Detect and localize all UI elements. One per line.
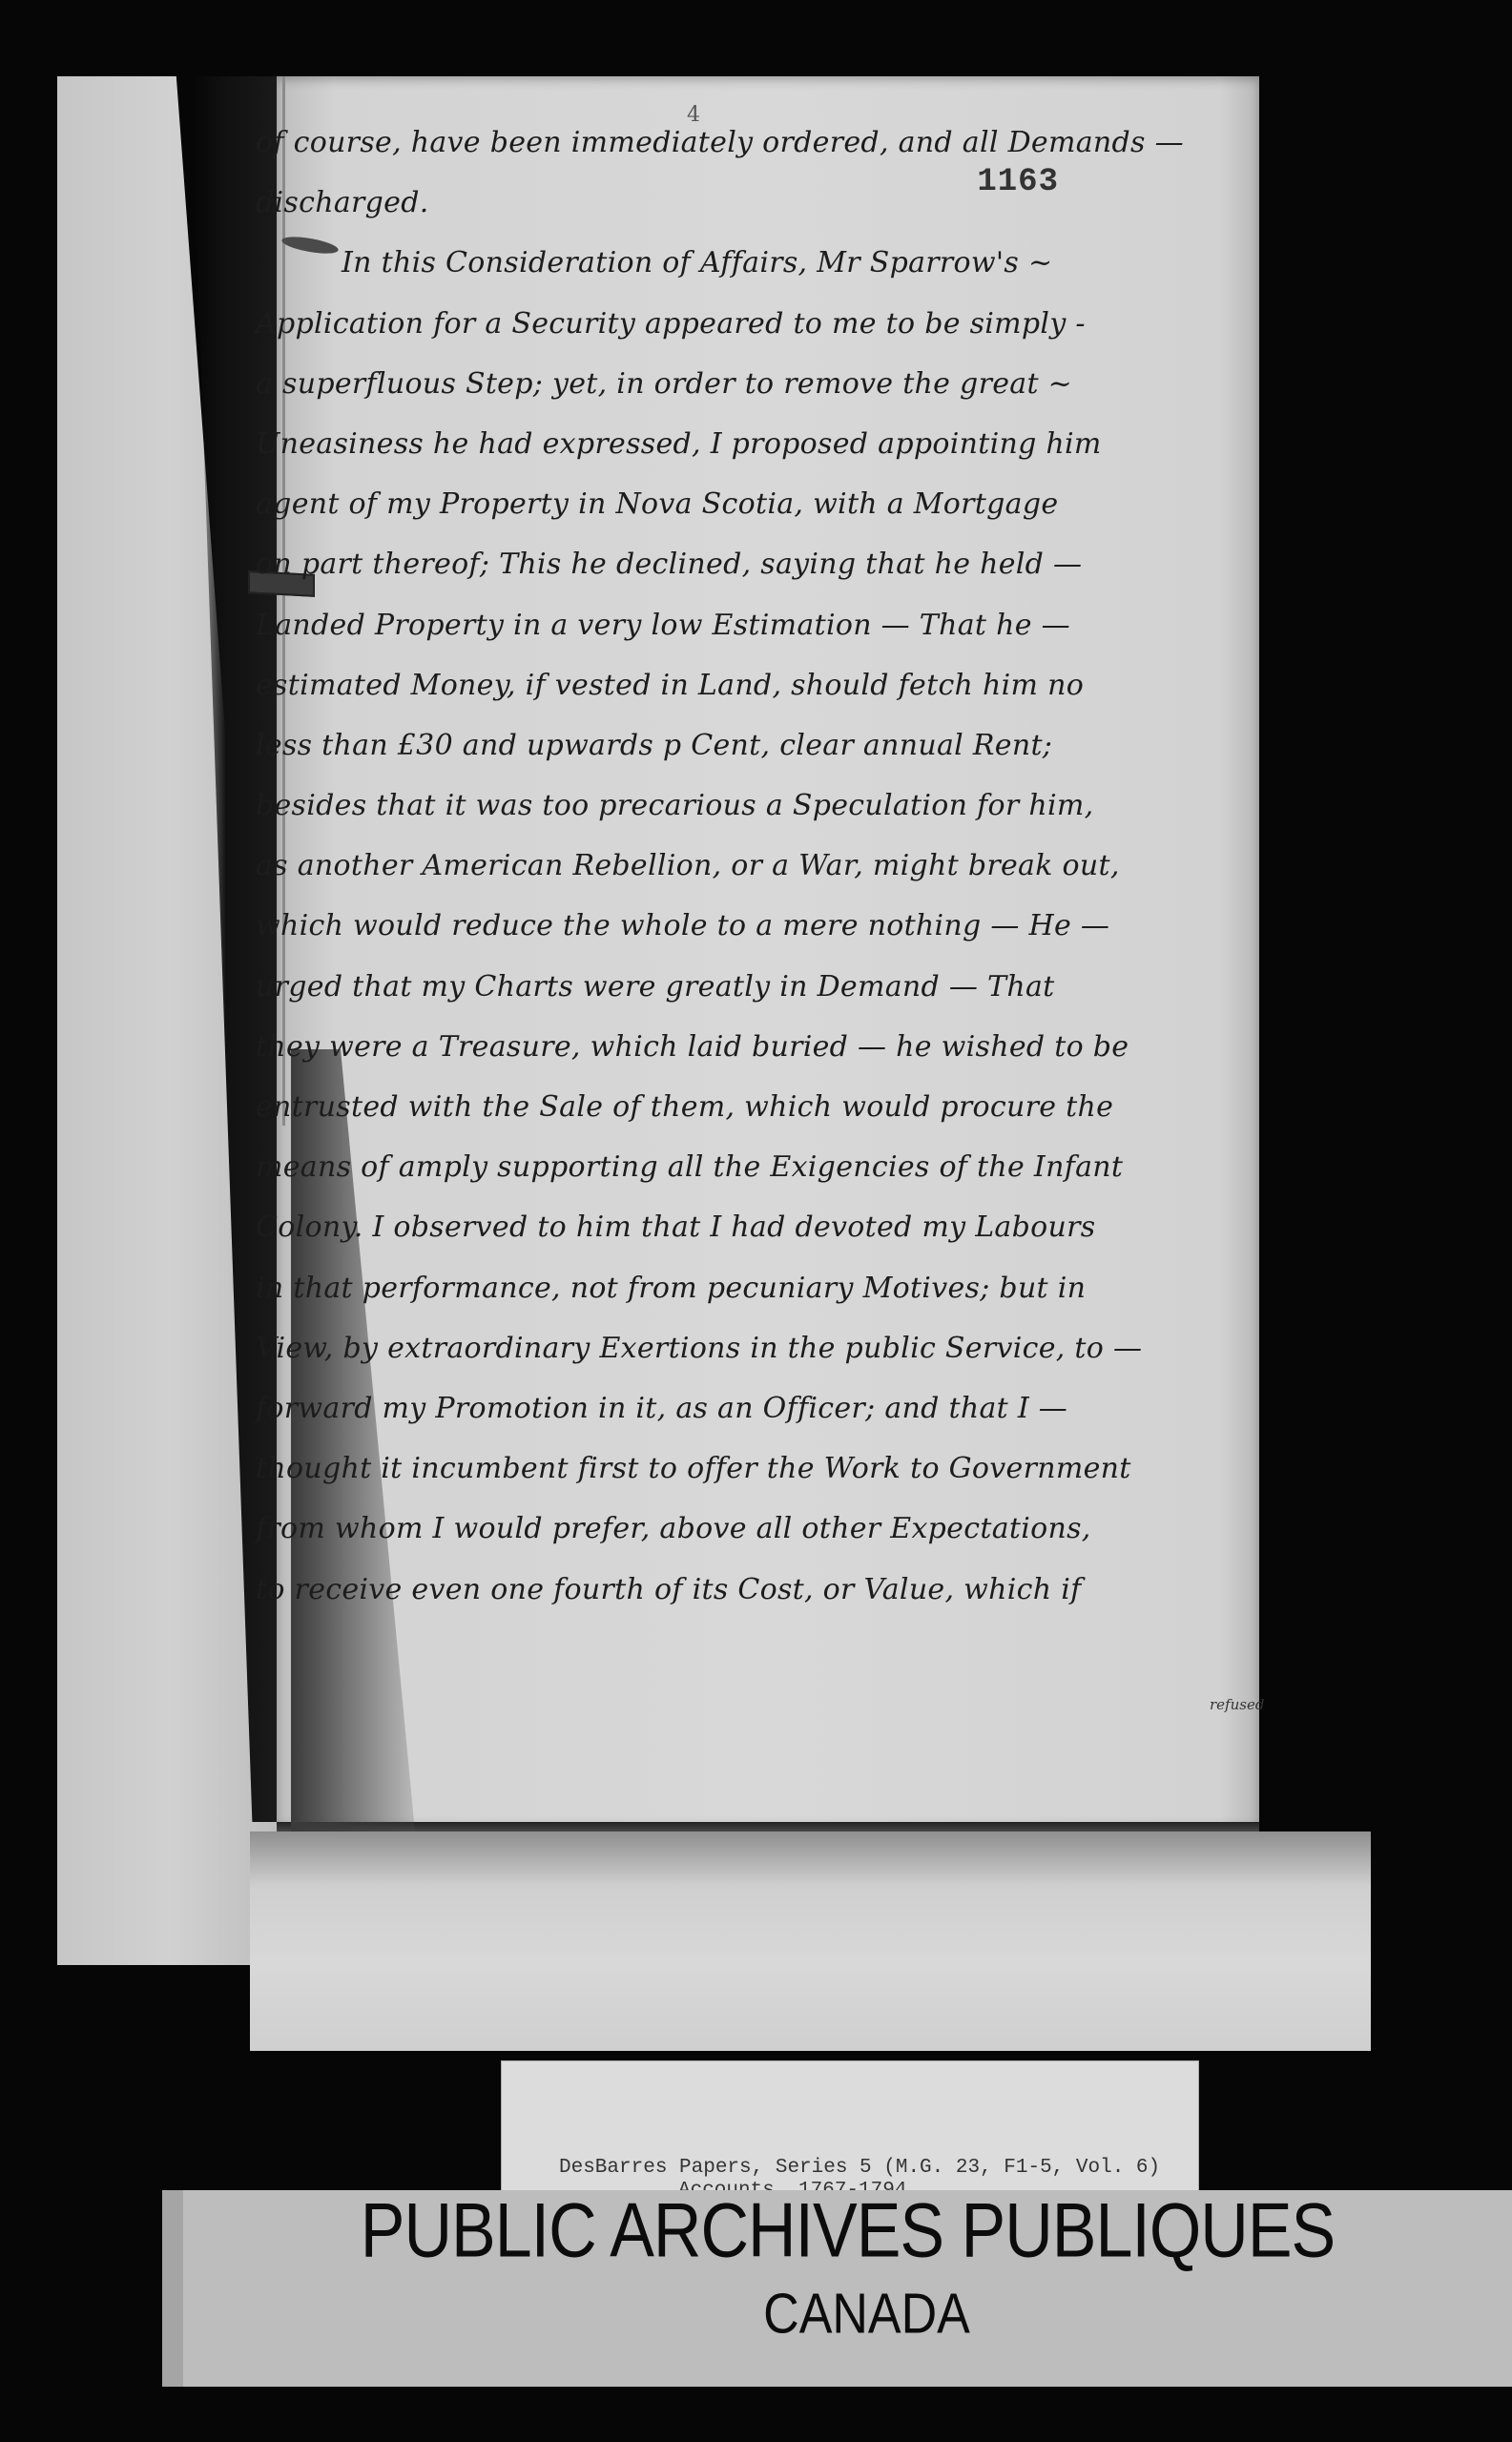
manuscript-line: they were a Treasure, which laid buried … bbox=[256, 1017, 1286, 1077]
collection-reference: DesBarres Papers, Series 5 (M.G. 23, F1-… bbox=[559, 2157, 1160, 2179]
manuscript-line: thought it incumbent first to offer the … bbox=[256, 1438, 1286, 1499]
manuscript-line: urged that my Charts were greatly in Dem… bbox=[256, 957, 1286, 1017]
manuscript-line: in that performance, not from pecuniary … bbox=[256, 1258, 1286, 1318]
archive-banner: PUBLIC ARCHIVES PUBLIQUES CANADA bbox=[162, 2190, 1512, 2387]
manuscript-line: as another American Rebellion, or a War,… bbox=[256, 836, 1286, 896]
manuscript-line: entrusted with the Sale of them, which w… bbox=[256, 1077, 1286, 1137]
manuscript-line: which would reduce the whole to a mere n… bbox=[256, 896, 1286, 956]
archive-reference-card: DesBarres Papers, Series 5 (M.G. 23, F1-… bbox=[501, 2060, 1199, 2201]
manuscript-line: a superfluous Step; yet, in order to rem… bbox=[256, 354, 1286, 414]
manuscript-line: forward my Promotion in it, as an Office… bbox=[256, 1378, 1286, 1438]
manuscript-line: means of amply supporting all the Exigen… bbox=[256, 1137, 1286, 1197]
archive-banner-subtitle: CANADA bbox=[183, 2282, 1512, 2348]
manuscript-line: Application for a Security appeared to m… bbox=[256, 294, 1286, 354]
manuscript-line: less than £30 and upwards p Cent, clear … bbox=[256, 715, 1286, 776]
manuscript-line: Colony. I observed to him that I had dev… bbox=[256, 1197, 1286, 1257]
manuscript-line: on part thereof; This he declined, sayin… bbox=[256, 534, 1286, 594]
handwritten-text-block: of course, have been immediately ordered… bbox=[256, 113, 1286, 1620]
manuscript-line: to receive even one fourth of its Cost, … bbox=[256, 1560, 1286, 1620]
manuscript-line: of course, have been immediately ordered… bbox=[256, 113, 1286, 173]
manuscript-line: agent of my Property in Nova Scotia, wit… bbox=[256, 474, 1286, 534]
catchword: refused bbox=[1210, 1696, 1264, 1713]
manuscript-line: besides that it was too precarious a Spe… bbox=[256, 776, 1286, 836]
lower-folded-sheet bbox=[250, 1831, 1371, 2051]
manuscript-line: from whom I would prefer, above all othe… bbox=[256, 1499, 1286, 1559]
manuscript-line: Uneasiness he had expressed, I proposed … bbox=[256, 414, 1286, 474]
archive-banner-title: PUBLIC ARCHIVES PUBLIQUES bbox=[183, 2186, 1512, 2274]
manuscript-line: Landed Property in a very low Estimation… bbox=[256, 595, 1286, 655]
manuscript-line: estimated Money, if vested in Land, shou… bbox=[256, 655, 1286, 715]
manuscript-line: View, by extraordinary Exertions in the … bbox=[256, 1318, 1286, 1378]
manuscript-line: discharged. bbox=[256, 173, 1286, 233]
manuscript-line-paragraph-start: In this Consideration of Affairs, Mr Spa… bbox=[256, 233, 1286, 293]
